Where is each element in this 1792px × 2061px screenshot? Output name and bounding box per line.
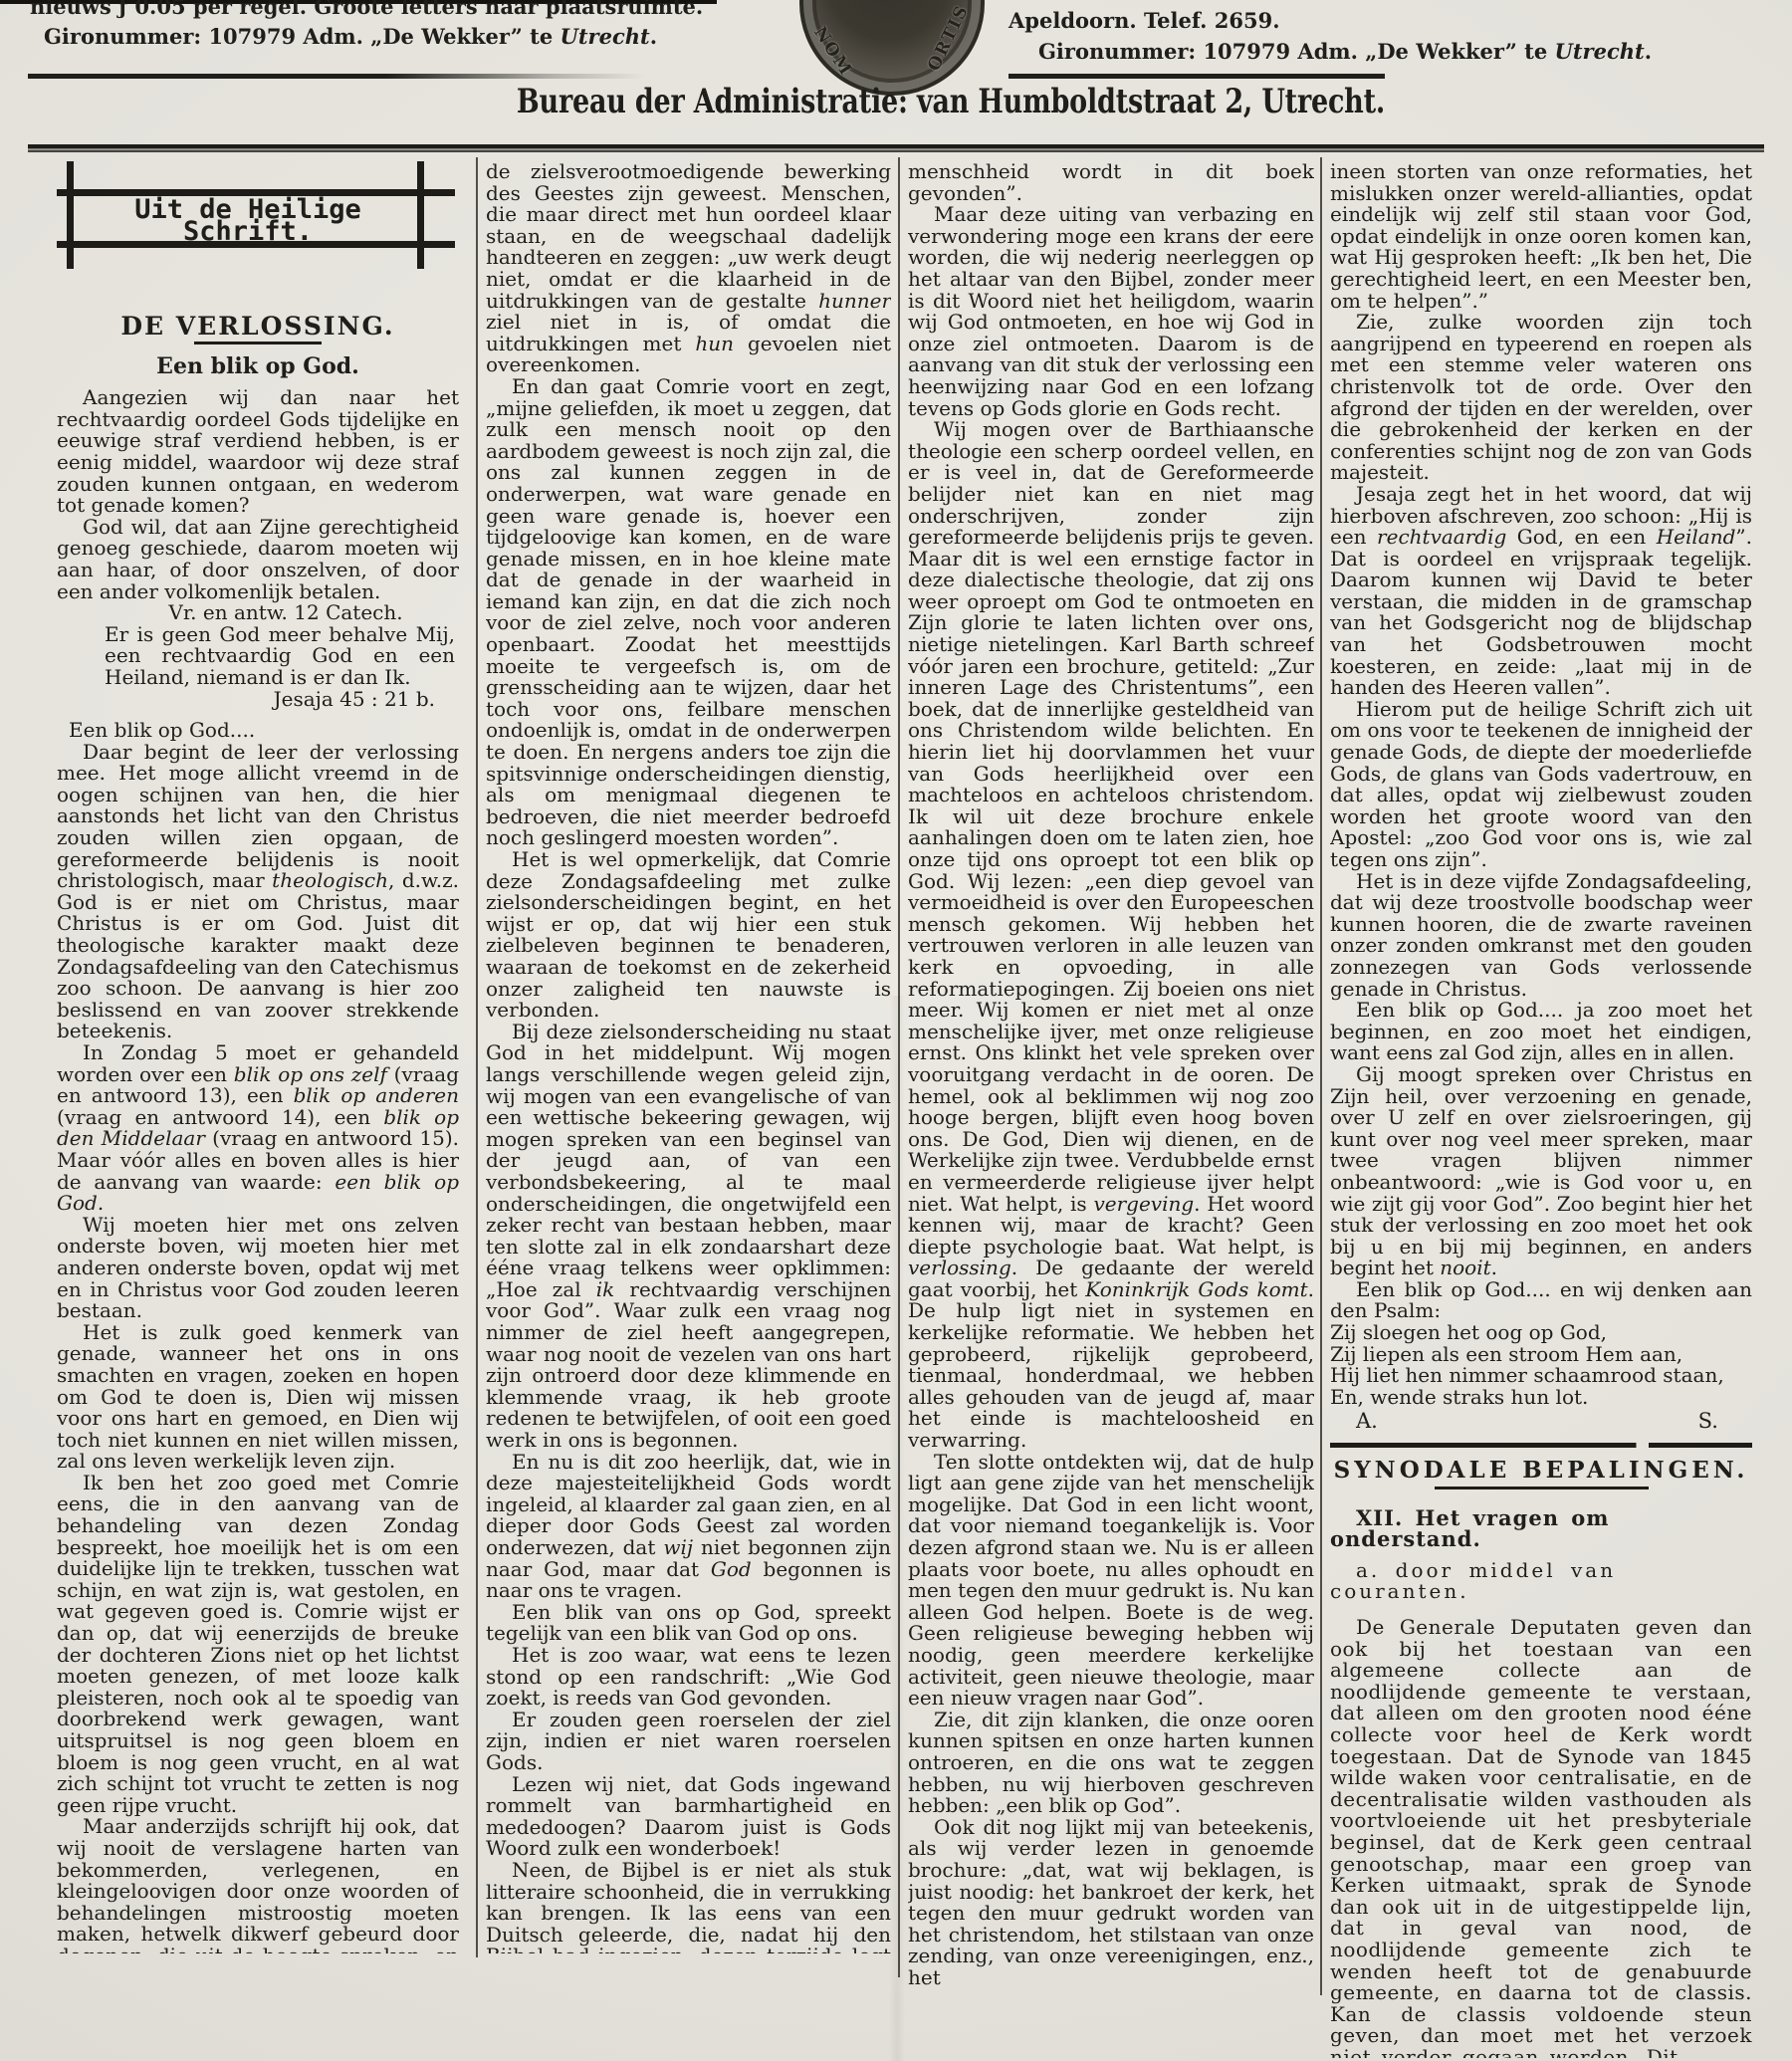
author-initials: A.S. — [1330, 1408, 1752, 1433]
bureau-address-line: Bureau der Administratie: van Humboldtst… — [110, 83, 1792, 121]
paragraph: Gij moogt spreken over Christus en Zijn … — [1330, 1064, 1752, 1279]
verse-line: En, wende straks hun lot. — [1330, 1387, 1752, 1409]
masthead-right: Apeldoorn. Telef. 2659. Gironummer: 1079… — [1008, 5, 1652, 67]
paragraph-continuation: ineen storten van onze reformaties, het … — [1330, 161, 1752, 312]
paragraph: Wij mogen over de Barthiaansche theologi… — [908, 419, 1314, 1452]
paragraph: En nu is dit zoo heerlijk, dat, wie in d… — [486, 1452, 891, 1602]
newspaper-page: nieuws ƒ 0.05 per regel. Groote letters … — [0, 0, 1792, 2061]
column-divider-rule — [1320, 157, 1322, 1995]
paragraph: Een blik op God.... en wij denken aan de… — [1330, 1279, 1752, 1322]
heading-underline-rule — [194, 342, 322, 344]
verse-line: Zij liepen als een stroom Hem aan, — [1330, 1344, 1752, 1366]
column-2-text: de zielsverootmoedigende bewerking des G… — [486, 161, 891, 1953]
column-4-text: ineen storten van onze reformaties, het … — [1330, 161, 1752, 2058]
paragraph: Maar anderzijds schrijft hij ook, dat wi… — [57, 1816, 459, 1953]
column-3-text: menschheid wordt in dit boek gevonden”.M… — [908, 161, 1314, 1988]
paragraph: De Generale Deputaten geven dan ook bij … — [1330, 1617, 1752, 2058]
column-4: ineen storten van onze reformaties, het … — [1330, 161, 1752, 2058]
paragraph: Een blik op God.... ja zoo moet het begi… — [1330, 1000, 1752, 1064]
paragraph: Maar deze uiting van verbazing en verwon… — [908, 204, 1314, 419]
paragraph: Ook dit nog lijkt mij van beteekenis, al… — [908, 1817, 1314, 1989]
paragraph: Zie, zulke woorden zijn toch aangrijpend… — [1330, 312, 1752, 484]
paragraph: Bij deze zielsonderscheiding nu staat Go… — [486, 1022, 891, 1452]
initial-left: A. — [1356, 1411, 1378, 1433]
masthead-right-line2: Gironummer: 107979 Adm. „De Wekker” te U… — [1008, 36, 1652, 67]
paragraph-continuation: menschheid wordt in dit boek gevonden”. — [908, 161, 1314, 204]
section-title: SYNODALE BEPALINGEN. — [1330, 1460, 1752, 1482]
heading-underline-rule — [1435, 1487, 1649, 1489]
scripture-reference: Jesaja 45 : 21 b. — [57, 689, 459, 711]
paragraph: En dan gaat Comrie voort en zegt, „mijne… — [486, 376, 891, 849]
seal-rim-text-left: NOM — [809, 23, 856, 80]
article-title: DE VERLOSSING. — [57, 316, 459, 338]
masthead-right-line1: Apeldoorn. Telef. 2659. — [1008, 5, 1652, 36]
paragraph: Jesaja zegt het in het woord, dat wij hi… — [1330, 484, 1752, 699]
masthead-rule-left — [28, 74, 645, 79]
paragraph: Het is in deze vijfde Zondagsafdeeling, … — [1330, 871, 1752, 1001]
paragraph-continuation: de zielsverootmoedigende bewerking des G… — [486, 161, 891, 376]
paragraph: Er zouden geen roerselen der ziel zijn, … — [486, 1710, 891, 1774]
subsection-heading: XII. Het vragen om onderstand. — [1330, 1507, 1752, 1550]
paragraph: Neen, de Bijbel is er niet als stuk litt… — [486, 1860, 891, 1953]
verse-line: Hij liet hen nimmer schaamrood staan, — [1330, 1365, 1752, 1387]
initial-right: S. — [1698, 1411, 1718, 1433]
paragraph: Het is zoo waar, wat eens te lezen stond… — [486, 1645, 891, 1710]
masthead-left-line1: nieuws ƒ 0.05 per regel. Groote letters … — [30, 0, 703, 22]
paragraph: Daar begint de leer der verlossing mee. … — [57, 742, 459, 1042]
masthead-left: nieuws ƒ 0.05 per regel. Groote letters … — [30, 0, 703, 52]
column-divider-rule — [476, 157, 478, 1957]
section-divider-rule — [1330, 1443, 1752, 1448]
paragraph: Lezen wij niet, dat Gods ingewand rommel… — [486, 1774, 891, 1860]
psalm-verse: Zij sloegen het oog op God,Zij liepen al… — [1330, 1322, 1752, 1408]
catechism-reference: Vr. en antw. 12 Catech. — [57, 602, 459, 624]
postal-seal-stamp: NOM ORTIS — [799, 0, 985, 96]
column-1-text: DE VERLOSSING.Een blik op God.Aangezien … — [57, 316, 459, 1953]
paragraph: Wij moeten hier met ons zelven onderste … — [57, 1215, 459, 1322]
scripture-quote: Er is geen God meer behalve Mij, een rec… — [57, 624, 459, 689]
paragraph: God wil, dat aan Zijne gerechtigheid gen… — [57, 517, 459, 602]
fold-shadow — [889, 996, 905, 2061]
paragraph: Aangezien wij dan naar het rechtvaardig … — [57, 387, 459, 517]
paragraph: Het is zulk goed kenmerk van genade, wan… — [57, 1322, 459, 1473]
section-box-title: Uit de Heilige Schrift. — [75, 199, 421, 242]
paragraph: Een blik van ons op God, spreekt tegelij… — [486, 1602, 891, 1645]
masthead-left-line2: Gironummer: 107979 Adm. „De Wekker” te U… — [30, 22, 703, 52]
paragraph: Hierom put de heilige Schrift zich uit o… — [1330, 699, 1752, 871]
paragraph: Ten slotte ontdekten wij, dat de hulp li… — [908, 1452, 1314, 1710]
paragraph: Ik ben het zoo goed met Comrie eens, die… — [57, 1473, 459, 1817]
column-1: Uit de Heilige Schrift. DE VERLOSSING.Ee… — [57, 161, 459, 1953]
verse-line: Zij sloegen het oog op God, — [1330, 1322, 1752, 1344]
paragraph-lead: Een blik op God.... — [57, 720, 459, 742]
box-rule-left — [67, 161, 74, 269]
column-3: menschheid wordt in dit boek gevonden”.M… — [908, 161, 1314, 1993]
paragraph: Het is wel opmerkelijk, dat Comrie deze … — [486, 849, 891, 1022]
column-2: de zielsverootmoedigende bewerking des G… — [486, 161, 891, 1953]
seal-rim-text-right: ORTIS — [925, 1, 974, 74]
paragraph: Zie, dit zijn klanken, die onze ooren ku… — [908, 1710, 1314, 1817]
article-subtitle: Een blik op God. — [57, 356, 459, 378]
masthead: nieuws ƒ 0.05 per regel. Groote letters … — [0, 0, 1792, 159]
subsection-subheading: a. door middel van couranten. — [1330, 1560, 1752, 1603]
paragraph: In Zondag 5 moet er gehandeld worden ove… — [57, 1042, 459, 1215]
masthead-bottom-rule — [28, 144, 1764, 152]
masthead-rule-right — [1008, 74, 1385, 79]
section-box-heading: Uit de Heilige Schrift. — [57, 161, 459, 261]
